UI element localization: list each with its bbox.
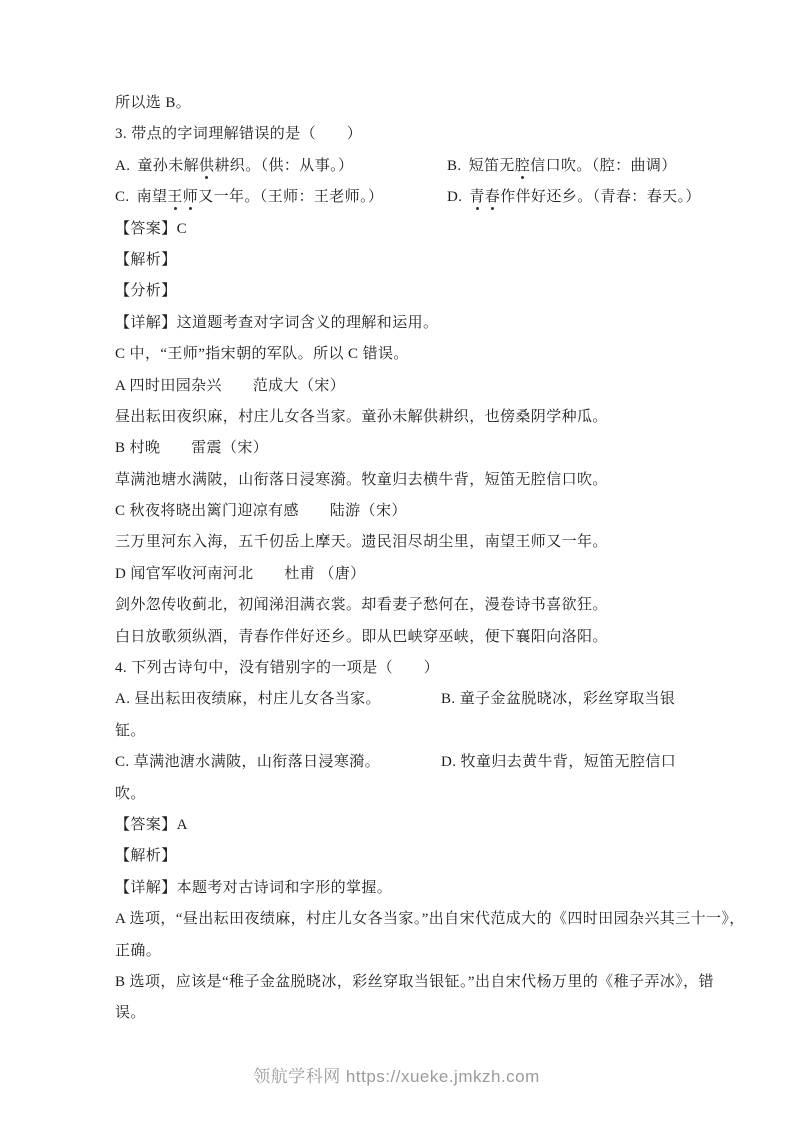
- q3-explain-c-line: C 中，“王师”指宋朝的军队。所以 C 错误。: [115, 339, 681, 370]
- poem-a-title: A 四时田园杂兴 范成大（宋）: [115, 371, 681, 402]
- document-content: 所以选 B。 3. 带点的字词理解错误的是（ ） A.童孙未解供耕织。（供：从事…: [115, 88, 681, 1030]
- q4-options-row-ab: A. 昼出耘田夜绩麻，村庄儿女各当家。 B. 童子金盆脱晓冰，彩丝穿取当银: [115, 684, 681, 715]
- watermark-text: 领航学科网 https://xueke.jmkzh.com: [253, 1067, 540, 1086]
- q4-xiangjie-line: 【详解】本题考对古诗词和字形的掌握。: [115, 873, 681, 904]
- q3-option-c-pre: 南望: [137, 189, 168, 205]
- q4-option-b: B. 童子金盆脱晓冰，彩丝穿取当银: [441, 684, 675, 715]
- q4-jiexi-heading: 【解析】: [115, 841, 681, 872]
- q4-option-d-wrap: 吹。: [115, 779, 681, 810]
- q3-option-c-post: 又一年。（王师：王老师。）: [198, 189, 383, 205]
- q3-option-d-label: D.: [447, 189, 462, 205]
- q3-option-b-label: B.: [447, 158, 462, 174]
- q4-explain-b-line-2: 误。: [115, 998, 681, 1029]
- q4-explain-a-line-2: 正确。: [115, 936, 681, 967]
- poem-c-title: C 秋夜将晓出篱门迎凉有感 陆游（宋）: [115, 496, 681, 527]
- q3-jiexi-heading: 【解析】: [115, 245, 681, 276]
- poem-c-line: 三万里河东入海，五千仞岳上摩天。遗民泪尽胡尘里，南望王师又一年。: [115, 527, 681, 558]
- q4-option-d: D. 牧童归去黄牛背，短笛无腔信口: [441, 747, 676, 778]
- q3-answer-line: 【答案】C: [115, 214, 681, 245]
- q3-option-d-post: 作伴好还乡。（青春：春天。）: [500, 189, 701, 205]
- exam-answer-page: 所以选 B。 3. 带点的字词理解错误的是（ ） A.童孙未解供耕织。（供：从事…: [0, 0, 793, 1122]
- q4-option-b-wrap: 钲。: [115, 716, 681, 747]
- poem-d-line-1: 剑外忽传收蓟北，初闻涕泪满衣裳。却看妻子愁何在，漫卷诗书喜欲狂。: [115, 590, 681, 621]
- q4-explain-a-line-1: A 选项，“昼出耘田夜绩麻，村庄儿女各当家。”出自宋代范成大的《四时田园杂兴其三…: [115, 904, 681, 935]
- q3-option-c: C.南望王师又一年。（王师：王老师。）: [115, 182, 447, 213]
- q3-options-row-ab: A.童孙未解供耕织。（供：从事。） B.短笛无腔信口吹。（腔：曲调）: [115, 151, 681, 182]
- q4-option-a: A. 昼出耘田夜绩麻，村庄儿女各当家。: [115, 684, 441, 715]
- q3-option-a-emphasized: 供: [199, 158, 214, 174]
- prior-answer-conclusion: 所以选 B。: [115, 88, 681, 119]
- q4-options-row-cd: C. 草满池溏水满陂，山衔落日浸寒漪。 D. 牧童归去黄牛背，短笛无腔信口: [115, 747, 681, 778]
- q4-explain-b-line-1: B 选项，应该是“稚子金盆脱晓冰，彩丝穿取当银钲。”出自宋代杨万里的《稚子弄冰》…: [115, 967, 681, 998]
- q3-option-a-post: 耕织。（供：从事。）: [214, 158, 353, 174]
- q3-option-b-post: 信口吹。（腔：曲调）: [530, 158, 677, 174]
- poem-d-line-2: 白日放歌须纵酒，青春作伴好还乡。即从巴峡穿巫峡，便下襄阳向洛阳。: [115, 622, 681, 653]
- q3-option-b-pre: 短笛无: [469, 158, 515, 174]
- q3-option-c-label: C.: [115, 189, 130, 205]
- q3-option-d-emphasized: 青春: [469, 189, 500, 205]
- q3-option-a: A.童孙未解供耕织。（供：从事。）: [115, 151, 447, 182]
- q3-option-b-emphasized: 腔: [515, 158, 530, 174]
- watermark-footer: 领航学科网 https://xueke.jmkzh.com: [0, 1062, 793, 1087]
- q3-option-a-pre: 童孙未解: [137, 158, 199, 174]
- question-3-stem: 3. 带点的字词理解错误的是（ ）: [115, 119, 681, 150]
- poem-d-title: D 闻官军收河南河北 杜甫 （唐）: [115, 559, 681, 590]
- q3-option-a-label: A.: [115, 158, 130, 174]
- question-4-stem: 4. 下列古诗句中，没有错别字的一项是（ ）: [115, 653, 681, 684]
- q3-option-c-emphasized: 王师: [167, 189, 198, 205]
- q3-option-d: D.青春作伴好还乡。（青春：春天。）: [447, 182, 701, 213]
- q3-xiangjie-line: 【详解】这道题考查对字词含义的理解和运用。: [115, 308, 681, 339]
- q3-option-b: B.短笛无腔信口吹。（腔：曲调）: [447, 151, 677, 182]
- q3-options-row-cd: C.南望王师又一年。（王师：王老师。） D.青春作伴好还乡。（青春：春天。）: [115, 182, 681, 213]
- q4-option-c: C. 草满池溏水满陂，山衔落日浸寒漪。: [115, 747, 441, 778]
- q4-answer-line: 【答案】A: [115, 810, 681, 841]
- poem-b-line: 草满池塘水满陂，山衔落日浸寒漪。牧童归去横牛背，短笛无腔信口吹。: [115, 465, 681, 496]
- poem-b-title: B 村晚 雷震（宋）: [115, 433, 681, 464]
- poem-a-line: 昼出耘田夜织麻，村庄儿女各当家。童孙未解供耕织，也傍桑阴学种瓜。: [115, 402, 681, 433]
- q3-fenxi-heading: 【分析】: [115, 276, 681, 307]
